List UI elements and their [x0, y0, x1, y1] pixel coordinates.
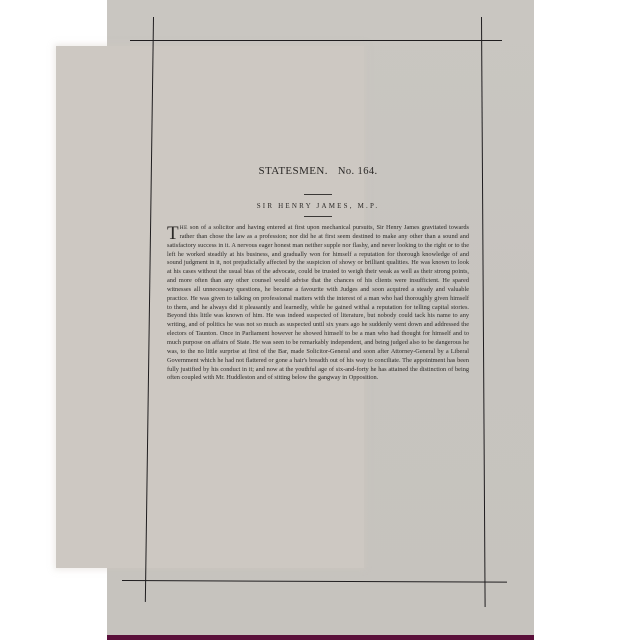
first-word-rest: HE	[180, 225, 188, 231]
bottom-edge-strip	[107, 635, 534, 640]
subject-name: SIR HENRY JAMES, M.P.	[167, 201, 469, 211]
article-body-text: son of a solicitor and having entered at…	[167, 224, 469, 381]
drop-cap: T	[167, 225, 179, 241]
article-body: THE son of a solicitor and having entere…	[167, 224, 469, 383]
issue-number: No. 164.	[338, 166, 378, 177]
section-title: STATESMEN.	[258, 165, 327, 177]
article: STATESMEN.No. 164. SIR HENRY JAMES, M.P.…	[167, 162, 469, 383]
frame-line-top	[130, 40, 502, 41]
page-title: STATESMEN.No. 164.	[167, 162, 469, 180]
